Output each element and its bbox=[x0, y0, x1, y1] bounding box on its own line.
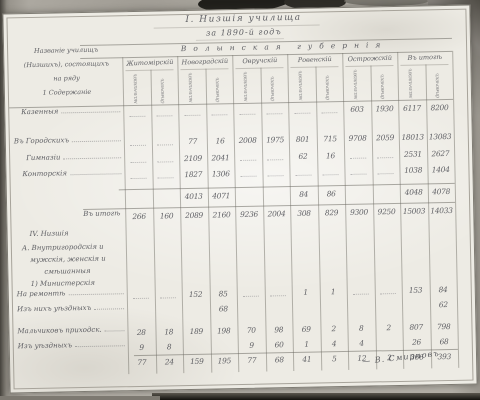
table-cell: 1404 bbox=[427, 165, 454, 175]
table-cell: 18013 bbox=[399, 132, 426, 142]
dotted-leader bbox=[75, 345, 125, 347]
table-cell: 9708 bbox=[344, 133, 371, 143]
table-cell: 84 bbox=[290, 190, 317, 200]
empty-cell-dots bbox=[350, 157, 366, 159]
row-label: На ремонтѣ bbox=[17, 288, 125, 298]
empty-cell-dots bbox=[130, 161, 146, 163]
photo-background: І. Низшія училища за 1890-й годъ Волынск… bbox=[0, 0, 480, 400]
subcolumn-label: дѣвочекъ bbox=[215, 70, 222, 102]
empty-cell-dots bbox=[157, 160, 173, 162]
subcolumn-label: дѣвочекъ bbox=[270, 69, 277, 101]
subcolumn-label: мальчиковъ bbox=[407, 67, 414, 99]
row-label: Изъ уѣздныхъ bbox=[18, 340, 126, 350]
dotted-leader bbox=[94, 308, 124, 310]
table-cell: 266 bbox=[125, 212, 152, 222]
row-label: Въ Городскихъ bbox=[14, 135, 122, 145]
table-cell: 1827 bbox=[180, 170, 207, 180]
table-cell: 8 bbox=[155, 342, 182, 352]
empty-cell-dots bbox=[240, 175, 256, 177]
table-cell: 4078 bbox=[428, 187, 455, 197]
stub-header-line: на ряду bbox=[13, 73, 121, 83]
table-cell: 1306 bbox=[207, 169, 234, 179]
subcolumn-label: мальчиковъ bbox=[352, 68, 359, 100]
table-cell: 1 bbox=[319, 287, 346, 297]
table-cell: 1 bbox=[293, 339, 320, 349]
table-cell: 98 bbox=[265, 325, 292, 335]
table-cell: 829 bbox=[318, 208, 345, 218]
dotted-leader bbox=[70, 173, 121, 175]
stub-header-line: Названіе училищъ bbox=[12, 45, 120, 55]
table-cell: 308 bbox=[290, 209, 317, 219]
table-cell: 5 bbox=[321, 354, 348, 364]
table-cell: 16 bbox=[207, 136, 234, 146]
dotted-leader bbox=[105, 330, 125, 331]
row-label: Конторскія bbox=[22, 168, 122, 178]
row-label: Казенныя bbox=[21, 106, 121, 116]
dotted-leader bbox=[63, 157, 121, 159]
table-cell: 2089 bbox=[180, 211, 207, 221]
table-cell: 85 bbox=[209, 289, 236, 299]
table-cell: 9236 bbox=[235, 210, 262, 220]
section-heading-line: IV. Низшія bbox=[30, 229, 69, 238]
table-cell: 798 bbox=[430, 322, 457, 332]
photo-edge-artifact bbox=[152, 393, 480, 400]
row-label-text: Казенныя bbox=[21, 107, 58, 116]
table-cell: 1975 bbox=[262, 135, 289, 145]
table-cell: 2 bbox=[375, 323, 402, 333]
table-cell: 2627 bbox=[427, 149, 454, 159]
empty-cell-dots bbox=[350, 173, 366, 175]
table-cell: 12 bbox=[348, 353, 375, 363]
table-cell: 8200 bbox=[426, 103, 453, 113]
empty-cell-dots bbox=[378, 172, 394, 174]
empty-cell-dots bbox=[322, 111, 338, 113]
table-cell: 14033 bbox=[428, 206, 455, 216]
empty-cell-dots bbox=[130, 177, 146, 179]
table-cell: 16 bbox=[317, 151, 344, 161]
section-heading-line: мужскія, женскія и bbox=[30, 255, 106, 264]
table-cell: 4 bbox=[348, 338, 375, 348]
table-cell: 24 bbox=[156, 357, 183, 367]
table-cell: 84 bbox=[429, 285, 456, 295]
table-cell: 15003 bbox=[400, 206, 427, 216]
table-cell: 807 bbox=[403, 322, 430, 332]
empty-cell-dots bbox=[157, 114, 173, 116]
row-label: Изъ нихъ уѣздныхъ bbox=[17, 303, 125, 313]
empty-cell-dots bbox=[158, 176, 174, 178]
dotted-leader bbox=[68, 293, 123, 295]
table-cell: 2109 bbox=[179, 154, 206, 164]
row-label-text: Въ Городскихъ bbox=[14, 136, 69, 145]
page-title: І. Низшія училища bbox=[113, 11, 373, 26]
column-group-label: Острожскій bbox=[342, 53, 397, 63]
column-group-label: Въ итогѣ bbox=[397, 52, 452, 62]
empty-cell-dots bbox=[160, 296, 176, 298]
row-label-text: Изъ нихъ уѣздныхъ bbox=[17, 304, 91, 313]
document-sheet: І. Низшія училища за 1890-й годъ Волынск… bbox=[0, 0, 480, 400]
empty-cell-dots bbox=[267, 158, 283, 160]
table-cell: 70 bbox=[238, 326, 265, 336]
table-cell: 4048 bbox=[400, 187, 427, 197]
subcolumn-label: дѣвочекъ bbox=[380, 67, 387, 99]
table-cell: 13083 bbox=[426, 132, 453, 142]
empty-cell-dots bbox=[243, 295, 259, 297]
empty-cell-dots bbox=[157, 143, 173, 145]
table-cell: 2 bbox=[376, 353, 403, 363]
stub-header-line: (Низшихъ), состоящихъ bbox=[12, 59, 120, 69]
subcolumn-label: дѣвочекъ bbox=[325, 68, 332, 100]
table-cell: 9250 bbox=[373, 207, 400, 217]
table-cell: 77 bbox=[238, 356, 265, 366]
stub-header-line: 1 Содержаніе bbox=[13, 87, 121, 97]
empty-cell-dots bbox=[377, 156, 393, 158]
table-cell: 152 bbox=[182, 290, 209, 300]
table-cell: 60 bbox=[265, 340, 292, 350]
table-cell: 9 bbox=[128, 343, 155, 353]
empty-cell-dots bbox=[240, 159, 256, 161]
photo-edge-artifact bbox=[0, 396, 160, 400]
table-cell: 62 bbox=[430, 300, 457, 310]
empty-cell-dots bbox=[323, 173, 339, 175]
table-cell: 159 bbox=[183, 357, 210, 367]
row-label: Мальчиковъ приходск. bbox=[17, 325, 125, 335]
empty-cell-dots bbox=[270, 294, 286, 296]
table-cell: 2531 bbox=[399, 149, 426, 159]
table-cell: 68 bbox=[430, 337, 457, 347]
row-label: Гимназіи bbox=[26, 152, 122, 162]
subcolumn-label: мальчиковъ bbox=[242, 70, 249, 102]
table-cell: 4013 bbox=[180, 192, 207, 202]
empty-cell-dots bbox=[268, 174, 284, 176]
table-cell: 801 bbox=[289, 135, 316, 145]
row-label-text: Въ итогѣ bbox=[83, 209, 120, 218]
column-group-label: Овручскій bbox=[232, 56, 287, 66]
table-cell: 77 bbox=[179, 137, 206, 147]
subcolumn-label: дѣвочекъ bbox=[435, 66, 442, 98]
empty-cell-dots bbox=[239, 113, 255, 115]
table-cell: 1038 bbox=[400, 165, 427, 175]
table-cell: 2004 bbox=[263, 209, 290, 219]
table-cell: 68 bbox=[210, 304, 237, 314]
empty-cell-dots bbox=[295, 174, 311, 176]
row-label-text: Изъ уѣздныхъ bbox=[18, 341, 72, 350]
row-label-text: На ремонтѣ bbox=[17, 289, 66, 298]
subcolumn-label: мальчиковъ bbox=[297, 69, 304, 101]
table-cell: 18 bbox=[155, 327, 182, 337]
table-cell: 195 bbox=[211, 356, 238, 366]
table-cell: 8 bbox=[348, 323, 375, 333]
column-group-label: Житомірскій bbox=[122, 58, 177, 68]
table-cell: 4 bbox=[320, 339, 347, 349]
section-heading-line: А. Внутригородскія и bbox=[22, 243, 104, 253]
table-cell: 41 bbox=[293, 354, 320, 364]
table-cell: 160 bbox=[153, 211, 180, 221]
table-cell: 153 bbox=[402, 285, 429, 295]
table-cell: 603 bbox=[343, 104, 370, 114]
table-cell: 198 bbox=[210, 326, 237, 336]
table-cell: 6117 bbox=[398, 103, 425, 113]
table-cell: 2160 bbox=[208, 210, 235, 220]
column-group-label: Новоградскій bbox=[177, 57, 232, 67]
subcolumn-label: мальчиковъ bbox=[187, 71, 194, 103]
section-heading-line: смѣшанныя bbox=[44, 267, 90, 276]
empty-cell-dots bbox=[353, 293, 369, 295]
table-cell: 2008 bbox=[234, 136, 261, 146]
empty-cell-dots bbox=[130, 144, 146, 146]
table-cell: 393 bbox=[431, 352, 458, 362]
table-cell: 69 bbox=[293, 324, 320, 334]
table-cell: 9 bbox=[238, 341, 265, 351]
table-cell: 715 bbox=[317, 134, 344, 144]
table-cell: 62 bbox=[289, 152, 316, 162]
empty-cell-dots bbox=[129, 115, 145, 117]
table-cell: 1930 bbox=[371, 104, 398, 114]
empty-cell-dots bbox=[380, 292, 396, 294]
table-cell: 77 bbox=[128, 358, 155, 368]
empty-cell-dots bbox=[294, 112, 310, 114]
dotted-leader bbox=[72, 140, 121, 142]
empty-cell-dots bbox=[133, 297, 149, 299]
section-heading-line: 1) Министерскія bbox=[30, 279, 95, 288]
table-cell: 2 bbox=[320, 324, 347, 334]
row-label-text: Конторскія bbox=[22, 169, 67, 178]
table-cell: 86 bbox=[318, 189, 345, 199]
table-cell: 2041 bbox=[207, 153, 234, 163]
column-group-label: Ровенскій bbox=[287, 55, 342, 65]
table-cell: 9300 bbox=[345, 207, 372, 217]
row-label-text: Гимназіи bbox=[26, 153, 60, 162]
table-cell: 26 bbox=[403, 337, 430, 347]
row-label-text: Мальчиковъ приходск. bbox=[17, 326, 101, 336]
empty-cell-dots bbox=[267, 112, 283, 114]
ledger-page: І. Низшія училища за 1890-й годъ Волынск… bbox=[2, 5, 477, 394]
row-label: Въ итогѣ bbox=[83, 209, 123, 218]
table-cell: 68 bbox=[266, 355, 293, 365]
dotted-leader bbox=[61, 111, 120, 113]
table-cell: 4071 bbox=[208, 191, 235, 201]
empty-cell-dots bbox=[184, 114, 200, 116]
subcolumn-label: дѣвочекъ bbox=[160, 71, 167, 103]
subcolumn-label: мальчиковъ bbox=[132, 72, 139, 104]
table-cell: 1 bbox=[292, 288, 319, 298]
table-cell: 189 bbox=[183, 327, 210, 337]
table-cell: 28 bbox=[128, 328, 155, 338]
table-cell: 366 bbox=[403, 352, 430, 362]
table-cell: 2059 bbox=[371, 133, 398, 143]
empty-cell-dots bbox=[212, 113, 228, 115]
